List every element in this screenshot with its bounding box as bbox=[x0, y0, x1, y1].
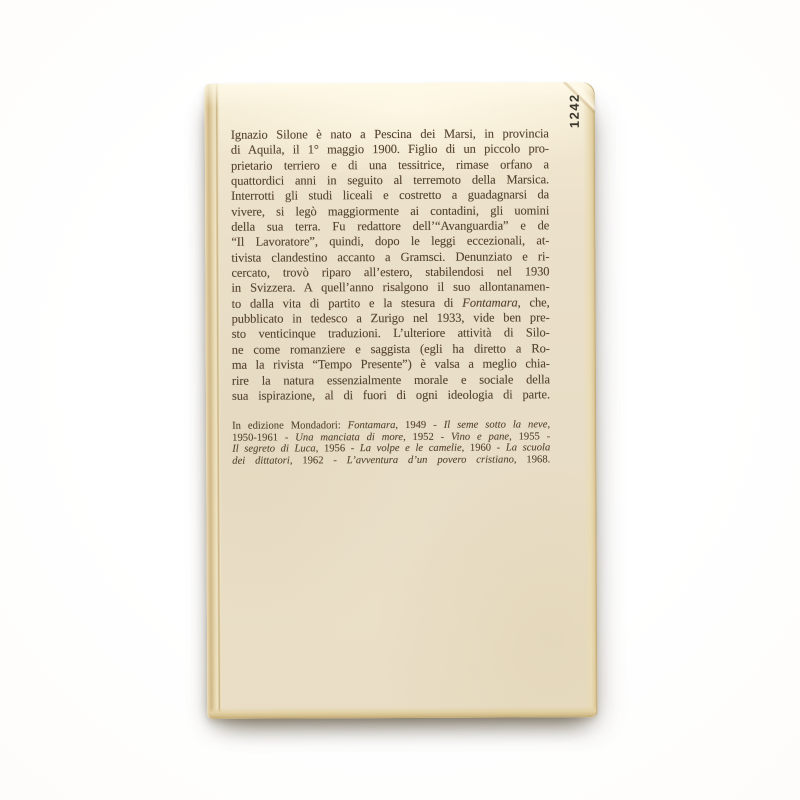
page-edges-right bbox=[583, 82, 598, 717]
book-back-cover: 1242 Ignazio Silone è nato a Pescina dei… bbox=[205, 82, 598, 719]
cover-top-highlight bbox=[205, 82, 595, 110]
author-bio-text: Ignazio Silone è nato a Pescina dei Mars… bbox=[231, 126, 550, 404]
text-line: pubblicato in tedesco a Zurigo nel 1933,… bbox=[232, 310, 550, 327]
text-line: sto venticinque traduzioni. L’ulteriore … bbox=[232, 326, 550, 343]
text-line: vivere, si legò maggiormente ai contadin… bbox=[231, 203, 549, 220]
text-line: della sua terra. Fu redattore dell’“Avan… bbox=[231, 218, 549, 235]
book-spine-fold-edge bbox=[205, 84, 223, 719]
photo-background: 1242 Ignazio Silone è nato a Pescina dei… bbox=[0, 0, 800, 800]
text-line: ne come romanziere e saggista (egli ha d… bbox=[232, 341, 550, 358]
text-line: quattordici anni in seguito al terremoto… bbox=[231, 172, 549, 189]
text-line: prietario terriero e di una tessitrice, … bbox=[231, 157, 549, 174]
text-line: “Il Lavoratore”, quindi, dopo le leggi e… bbox=[231, 234, 549, 251]
text-line: Ignazio Silone è nato a Pescina dei Mars… bbox=[231, 126, 549, 143]
text-line: rire la natura essenzialmente morale e s… bbox=[232, 372, 550, 389]
text-line: tivista clandestino accanto a Gramsci. D… bbox=[231, 249, 549, 266]
text-line: in Svizzera. A quell’anno risalgono il s… bbox=[231, 280, 549, 297]
catalog-number: 1242 bbox=[567, 93, 582, 128]
text-line: to dalla vita di partito e la stesura di… bbox=[232, 295, 550, 312]
text-line: ma la rivista “Tempo Presente”) è valsa … bbox=[232, 357, 550, 374]
text-line: dei dittatori, 1962 - L’avventura d’un p… bbox=[232, 454, 550, 467]
bibliography-text: In edizione Mondadori: Fontamara, 1949 -… bbox=[232, 419, 550, 467]
text-line: cercato, trovò riparo all’estero, stabil… bbox=[231, 264, 549, 281]
text-line: Interrotti gli studi liceali e costretto… bbox=[231, 188, 549, 205]
text-line: di Aquila, il 1° maggio 1900. Figlio di … bbox=[231, 142, 549, 159]
text-line: sua ispirazione, al di fuori di ogni ide… bbox=[232, 387, 550, 404]
page-edges-bottom bbox=[209, 706, 596, 719]
